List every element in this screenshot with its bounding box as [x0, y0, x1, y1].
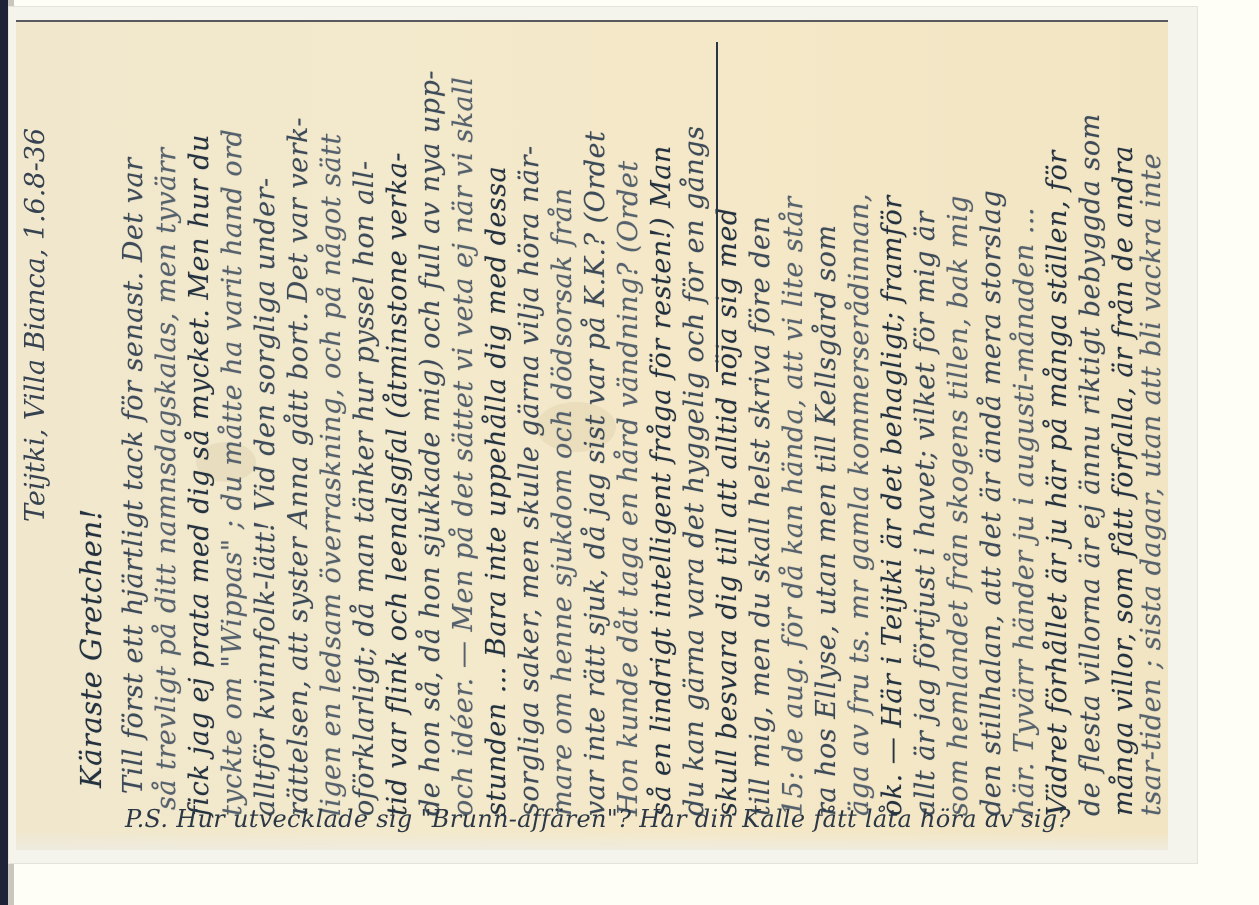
postscript: P.S. Hur utvecklade sig "Brunn-affären"?… [125, 805, 1071, 833]
letter-line: ligen en ledsam överraskning, och på någ… [316, 133, 347, 816]
place-date: Teijtki, Villa Bianca, 1.6.8-36 [20, 128, 51, 522]
letter-line: här. Tyvärr händer ju i augusti-månaden … [1009, 207, 1040, 816]
letter-line: du kan gärna vara det hyggelig och för e… [679, 126, 710, 816]
underline-stroke [716, 42, 718, 372]
letter-line: ra hos Ellyse, utan men till Kellsgård s… [811, 224, 842, 816]
letter-line: som hemlandet från skogens tillen, bak m… [943, 195, 974, 816]
letter-line: tid var flink och leenalsgfal (åtminston… [382, 152, 413, 816]
letter-line: oförklarligt; då man tänker hur pyssel h… [349, 160, 380, 816]
letter-line: och idéer. — Men på det sättet vi veta e… [448, 77, 479, 816]
scan-viewport: Teijtki, Villa Bianca, 1.6.8-36 Käraste … [0, 0, 1259, 905]
letter-line: 15: de aug. för då kan hända, att vi lit… [778, 196, 809, 816]
letter-line: alltför kvinnfolk-lätt! Vid den sorgliga… [250, 177, 281, 816]
scanner-left-edge [0, 0, 8, 905]
letter-line: tsar-tiden ; sista dagar, utan att bli v… [1136, 153, 1167, 816]
letter-line: ok. — Här i Teijtki är det behagligt; fr… [877, 195, 908, 816]
letter-line: sorgliga saker, men skulle gärna vilja h… [514, 145, 545, 816]
letter-line: mare om henne sjukdom och dödsorsak från [547, 188, 578, 817]
letter-line: var inte rätt sjuk, då jag sist var på K… [580, 131, 611, 816]
letter-line: de flesta villorna är ej ännu riktigt be… [1075, 113, 1106, 816]
letter-line: de hon så, då hon sjukkade mig) och full… [415, 70, 446, 816]
letter-line: så trevligt på ditt namnsdagskalas, men … [151, 147, 182, 810]
rotated-letter-body: Teijtki, Villa Bianca, 1.6.8-36 Käraste … [16, 32, 1166, 812]
letter-line: Hon kunde dåt taga en hård vändning? (Or… [613, 160, 644, 816]
letter-line: Vädret förhållet är ju här på många stäl… [1042, 150, 1073, 816]
letter-line: äga av fru ts. mr gamla kommerserådinnan… [844, 193, 875, 816]
letter-line: många villor, som fått förfalla, är från… [1108, 145, 1139, 816]
letter-line: rättelsen, att syster Anna gått bort. De… [283, 117, 314, 816]
letter-line: tyckte om "Wippas" ; du måtte ha varit h… [217, 129, 248, 816]
salutation: Käraste Gretchen! [74, 508, 108, 788]
letter-line: den stillhalan, att det är ändå mera sto… [976, 190, 1007, 816]
letter-line: stunden ... Bara inte uppehålla dig med … [481, 166, 512, 816]
letter-line: Till först ett hjärtligt tack för senast… [118, 157, 149, 794]
letter-line: så en lindrigt intelligent fråga för res… [646, 145, 677, 816]
letter-line: allt är jag förtjust i havet; vilket för… [910, 211, 941, 816]
postcard: Teijtki, Villa Bianca, 1.6.8-36 Käraste … [16, 20, 1168, 850]
letter-line: till mig, men du skall helst skriva före… [745, 216, 776, 816]
letter-line: fick jag ej prata med dig så mycket. Men… [184, 134, 215, 816]
